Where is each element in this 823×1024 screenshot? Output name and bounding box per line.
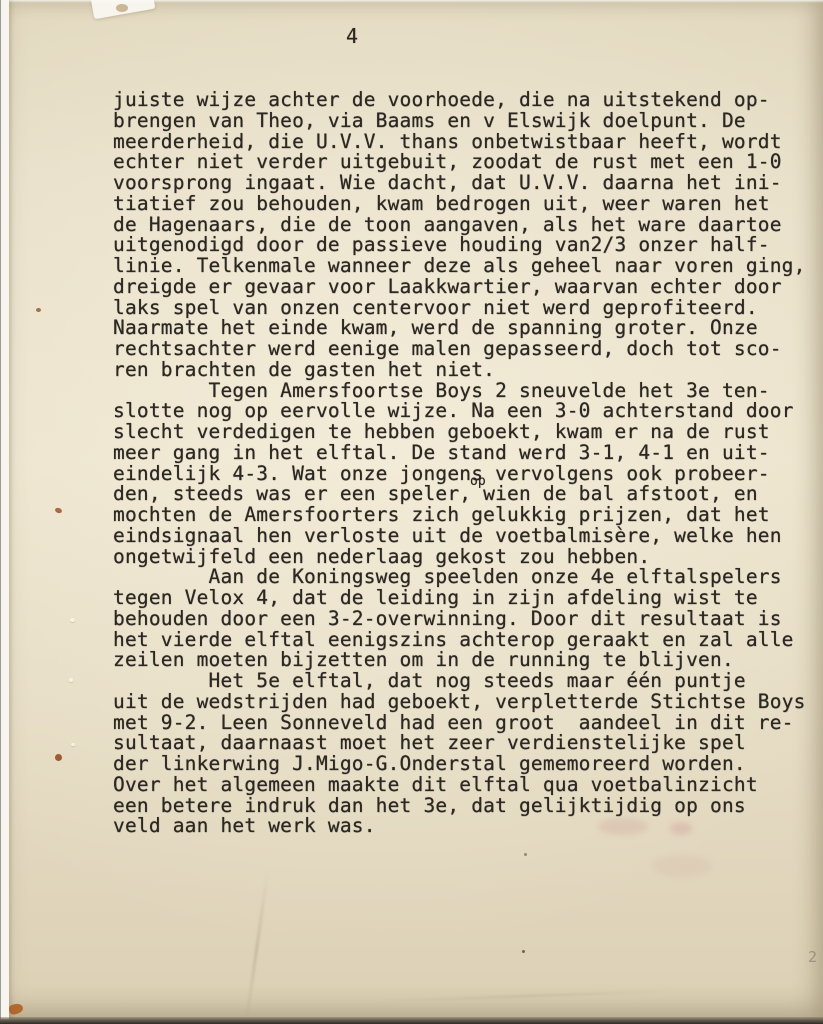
corner-stain [116,4,128,12]
scan-edge-bottom [0,1017,823,1024]
page-number: 4 [346,24,358,48]
typed-correction-superscript: op [470,474,486,489]
scan-edge-top [0,0,823,3]
scanned-page: 4 juiste wijze achter de voorhoede, die … [0,0,823,1024]
paper-crease [380,990,680,1002]
paper-fleck [69,678,73,682]
paper-crease [244,871,269,1024]
typewritten-text: juiste wijze achter de voorhoede, die na… [113,90,806,837]
foxing-speck [55,754,62,761]
pink-blotch [652,855,712,877]
foxing-speck [54,507,62,514]
scan-edge-left [0,0,9,1024]
dirt-speck [522,950,525,953]
bleedthrough-digit: 2 [808,948,817,966]
dirt-speck [524,853,527,856]
paper-fleck [70,618,75,622]
foxing-speck [8,1002,24,1015]
foxing-speck [36,308,41,312]
paper-fleck [71,743,75,746]
